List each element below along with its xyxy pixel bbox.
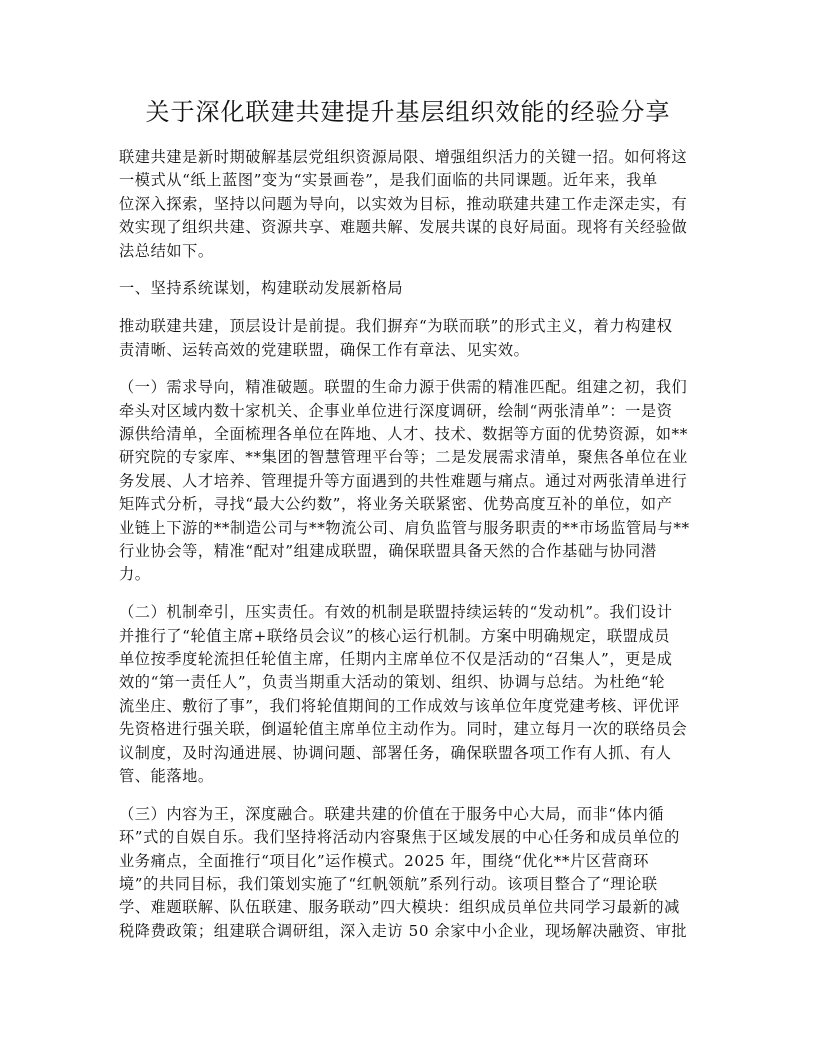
text-line: 力。 [119, 563, 699, 586]
text-line: 环”式的自娱自乐。我们坚持将活动内容聚焦于区域发展的中心任务和成员单位的 [119, 826, 699, 849]
document-body: 联建共建是新时期破解基层党组织资源局限、增强组织活力的关键一招。如何将这一模式从… [119, 146, 699, 957]
section-heading: 一、坚持系统谋划，构建联动发展新格局 [119, 277, 699, 300]
body-paragraph: 推动联建共建，顶层设计是前提。我们摒弃“为联而联”的形式主义，着力构建权责清晰、… [119, 315, 699, 362]
text-line: 议制度，及时沟通进展、协调问题、部署任务，确保联盟各项工作有人抓、有人 [119, 742, 699, 765]
text-line: 学、难题联解、队伍联建、服务联动”四大模块：组织成员单位共同学习最新的减 [119, 896, 699, 919]
document-title: 关于深化联建共建提升基层组织效能的经验分享 [0, 98, 816, 126]
text-line: 先资格进行强关联，倒逼轮值主席单位主动作为。同时，建立每月一次的联络员会 [119, 718, 699, 741]
text-line: （三）内容为王，深度融合。联建共建的价值在于服务中心大局，而非“体内循 [119, 803, 699, 826]
text-line: 位深入探索，坚持以问题为导向，以实效为目标，推动联建共建工作走深走实，有 [119, 193, 699, 216]
body-paragraph: 联建共建是新时期破解基层党组织资源局限、增强组织活力的关键一招。如何将这一模式从… [119, 146, 699, 263]
body-paragraph: （二）机制牵引，压实责任。有效的机制是联盟持续运转的“发动机”。我们设计并推行了… [119, 601, 699, 788]
text-line: （一）需求导向，精准破题。联盟的生命力源于供需的精准匹配。组建之初，我们 [119, 376, 699, 399]
text-line: 牵头对区域内数十家机关、企事业单位进行深度调研，绘制“两张清单”：一是资 [119, 400, 699, 423]
text-line: 境”的共同目标，我们策划实施了“红帆领航”系列行动。该项目整合了“理论联 [119, 873, 699, 896]
text-line: 管、能落地。 [119, 765, 699, 788]
body-paragraph: （一）需求导向，精准破题。联盟的生命力源于供需的精准匹配。组建之初，我们牵头对区… [119, 376, 699, 587]
text-line: 流坐庄、敷衍了事”，我们将轮值期间的工作成效与该单位年度党建考核、评优评 [119, 695, 699, 718]
text-line: 联建共建是新时期破解基层党组织资源局限、增强组织活力的关键一招。如何将这 [119, 146, 699, 169]
text-line: 业务痛点，全面推行“项目化”运作模式。2025 年，围绕“优化**片区营商环 [119, 850, 699, 873]
text-line: 务发展、人才培养、管理提升等方面遇到的共性难题与痛点。通过对两张清单进行 [119, 470, 699, 493]
text-line: 效的“第一责任人”，负责当期重大活动的策划、组织、协调与总结。为杜绝“轮 [119, 671, 699, 694]
text-line: 矩阵式分析，寻找“最大公约数”，将业务关联紧密、优势高度互补的单位，如产 [119, 493, 699, 516]
text-line: 推动联建共建，顶层设计是前提。我们摒弃“为联而联”的形式主义，着力构建权 [119, 315, 699, 338]
text-line: 行业协会等，精准“配对”组建成联盟，确保联盟具备天然的合作基础与协同潜 [119, 540, 699, 563]
text-line: 源供给清单，全面梳理各单位在阵地、人才、技术、数据等方面的优势资源，如** [119, 423, 699, 446]
text-line: 业链上下游的**制造公司与**物流公司、肩负监管与服务职责的**市场监管局与** [119, 517, 699, 540]
body-paragraph: （三）内容为王，深度融合。联建共建的价值在于服务中心大局，而非“体内循环”式的自… [119, 803, 699, 943]
text-line: 研究院的专家库、**集团的智慧管理平台等；二是发展需求清单，聚焦各单位在业 [119, 446, 699, 469]
text-line: （二）机制牵引，压实责任。有效的机制是联盟持续运转的“发动机”。我们设计 [119, 601, 699, 624]
text-line: 税降费政策；组建联合调研组，深入走访 50 余家中小企业，现场解决融资、审批 [119, 920, 699, 943]
text-line: 效实现了组织共建、资源共享、难题共解、发展共谋的良好局面。现将有关经验做 [119, 216, 699, 239]
text-line: 一模式从“纸上蓝图”变为“实景画卷”，是我们面临的共同课题。近年来，我单 [119, 169, 699, 192]
text-line: 单位按季度轮流担任轮值主席，任期内主席单位不仅是活动的“召集人”，更是成 [119, 648, 699, 671]
text-line: 一、坚持系统谋划，构建联动发展新格局 [119, 277, 699, 300]
text-line: 法总结如下。 [119, 240, 699, 263]
text-line: 责清晰、运转高效的党建联盟，确保工作有章法、见实效。 [119, 339, 699, 362]
text-line: 并推行了“轮值主席+联络员会议”的核心运行机制。方案中明确规定，联盟成员 [119, 625, 699, 648]
document-page: 关于深化联建共建提升基层组织效能的经验分享 联建共建是新时期破解基层党组织资源局… [0, 0, 816, 1056]
